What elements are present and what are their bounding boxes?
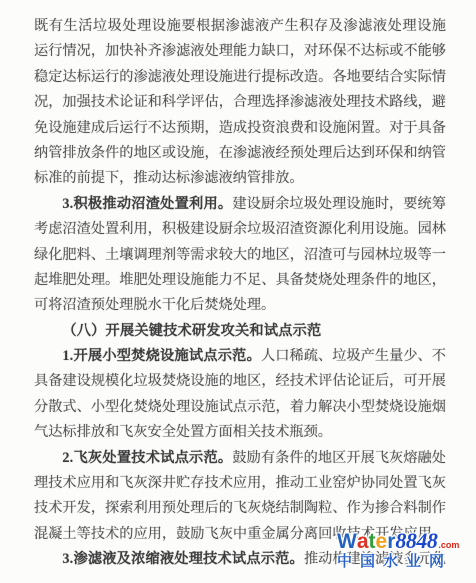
line-text: 标准的前提下，推动达标渗滤液纳管排放。 bbox=[34, 170, 304, 186]
paragraph-start-line: 2.飞灰处置技术试点示范。鼓励有条件的地区开展飞灰熔融处 bbox=[34, 446, 446, 471]
text-line: 技术开发，探索利用预处理后的飞灰烧结制陶粒、作为掺合料制作 bbox=[34, 496, 446, 521]
watermark-logo: Water8848.com 中国水业网 bbox=[337, 530, 476, 569]
watermark-chinese-name: 中国水业网 bbox=[337, 554, 476, 569]
text-line: 考虑沼渣处置利用，积极建设厨余垃圾沼渣资源化利用设施。园林 bbox=[34, 217, 446, 242]
paragraph-start-line: 1.开展小型焚烧设施试点示范。人口稀疏、垃圾产生量少、不 bbox=[34, 344, 446, 369]
text-line: 理技术应用和飞灰深井贮存技术应用，推动工业窑炉协同处置飞灰 bbox=[34, 471, 446, 496]
watermark-letter-t: t bbox=[369, 531, 376, 552]
text-line: 既有生活垃圾处理设施要根据渗滤液产生积存及渗滤液处理设施 bbox=[34, 14, 446, 39]
text-line: 标准的前提下，推动达标渗滤液纳管排放。 bbox=[34, 166, 446, 191]
watermark-letter-w: W bbox=[337, 531, 357, 552]
text-line: 况，加强技术论证和科学评估，合理选择渗滤液处理技术路线，避 bbox=[34, 90, 446, 115]
watermark-letter-e: e bbox=[376, 531, 388, 552]
line-text: 具备建设规模化垃圾焚烧设施的地区，经技术评估论证后，可开展 bbox=[34, 373, 446, 389]
line-text: 气达标排放和飞灰安全处置方面相关技术瓶颈。 bbox=[34, 424, 332, 440]
text-line: 气达标排放和飞灰安全处置方面相关技术瓶颈。 bbox=[34, 420, 446, 445]
line-text: 纳管排放条件的地区或设施，在渗滤液经预处理后达到环保和纳管 bbox=[34, 145, 446, 161]
text-line: 起堆肥处理。堆肥处理设施能力不足、具备焚烧处理条件的地区， bbox=[34, 268, 446, 293]
text-line: 运行情况，加快补齐渗滤液处理能力缺口，对环保不达标或不能够 bbox=[34, 39, 446, 64]
watermark-letter-a: a bbox=[357, 531, 369, 552]
lead-emphasis: 2.飞灰处置技术试点示范。 bbox=[62, 450, 232, 466]
text-line: 纳管排放条件的地区或设施，在渗滤液经预处理后达到环保和纳管 bbox=[34, 141, 446, 166]
line-text: 理技术应用和飞灰深井贮存技术应用，推动工业窑炉协同处置飞灰 bbox=[34, 475, 446, 491]
line-text: 稳定达标运行的渗滤液处理设施进行提标改造。各地要结合实际情 bbox=[34, 69, 446, 85]
line-text: 考虑沼渣处置利用，积极建设厨余垃圾沼渣资源化利用设施。园林 bbox=[34, 221, 446, 237]
text-line: 可将沼渣预处理脱水干化后焚烧处理。 bbox=[34, 293, 446, 318]
line-text: 况，加强技术论证和科学评估，合理选择渗滤液处理技术路线，避 bbox=[34, 94, 446, 110]
line-text: 分散式、小型化焚烧处理设施试点示范，着力解决小型焚烧设施烟 bbox=[34, 399, 446, 415]
line-text: 建设厨余垃圾处理设施时，要统筹 bbox=[232, 196, 446, 212]
document-text: 既有生活垃圾处理设施要根据渗滤液产生积存及渗滤液处理设施 运行情况，加快补齐渗滤… bbox=[34, 14, 446, 573]
lead-emphasis: 3.积极推动沼渣处置利用。 bbox=[62, 196, 232, 212]
line-text: 运行情况，加快补齐渗滤液处理能力缺口，对环保不达标或不能够 bbox=[34, 43, 446, 59]
lead-emphasis: 1.开展小型焚烧设施试点示范。 bbox=[62, 348, 261, 364]
text-line: 具备建设规模化垃圾焚烧设施的地区，经技术评估论证后，可开展 bbox=[34, 369, 446, 394]
heading-text: （八）开展关键技术研发攻关和试点示范 bbox=[62, 323, 321, 339]
watermark-number: 8848 bbox=[395, 528, 437, 553]
line-text: 既有生活垃圾处理设施要根据渗滤液产生积存及渗滤液处理设施 bbox=[34, 18, 446, 34]
line-text: 可将沼渣预处理脱水干化后焚烧处理。 bbox=[34, 297, 275, 313]
text-line: 稳定达标运行的渗滤液处理设施进行提标改造。各地要结合实际情 bbox=[34, 65, 446, 90]
line-text: 鼓励有条件的地区开展飞灰熔融处 bbox=[232, 450, 446, 466]
paragraph-start-line: 3.积极推动沼渣处置利用。建设厨余垃圾处理设施时，要统筹 bbox=[34, 192, 446, 217]
line-text: 绿化肥料、土壤调理剂等需求较大的地区，沼渣可与园林垃圾等一 bbox=[34, 247, 446, 263]
line-text: 起堆肥处理。堆肥处理设施能力不足、具备焚烧处理条件的地区， bbox=[34, 272, 446, 288]
text-line: 分散式、小型化焚烧处理设施试点示范，着力解决小型焚烧设施烟 bbox=[34, 395, 446, 420]
text-line: 免设施建成后运行不达预期，造成投资浪费和设施闲置。对于具备 bbox=[34, 116, 446, 141]
line-text: 免设施建成后运行不达预期，造成投资浪费和设施闲置。对于具备 bbox=[34, 120, 446, 136]
lead-emphasis: 3.渗滤液及浓缩液处理技术试点示范。 bbox=[62, 551, 304, 567]
watermark-brand: Water8848.com bbox=[337, 530, 476, 552]
line-text: 人口稀疏、垃圾产生量少、不 bbox=[261, 348, 446, 364]
text-line: 绿化肥料、土壤调理剂等需求较大的地区，沼渣可与园林垃圾等一 bbox=[34, 243, 446, 268]
watermark-domain-suffix: .com bbox=[438, 540, 459, 550]
section-heading: （八）开展关键技术研发攻关和试点示范 bbox=[34, 319, 446, 344]
line-text: 技术开发，探索利用预处理后的飞灰烧结制陶粒、作为掺合料制作 bbox=[34, 500, 446, 516]
document-page: 既有生活垃圾处理设施要根据渗滤液产生积存及渗滤液处理设施 运行情况，加快补齐渗滤… bbox=[0, 0, 476, 583]
